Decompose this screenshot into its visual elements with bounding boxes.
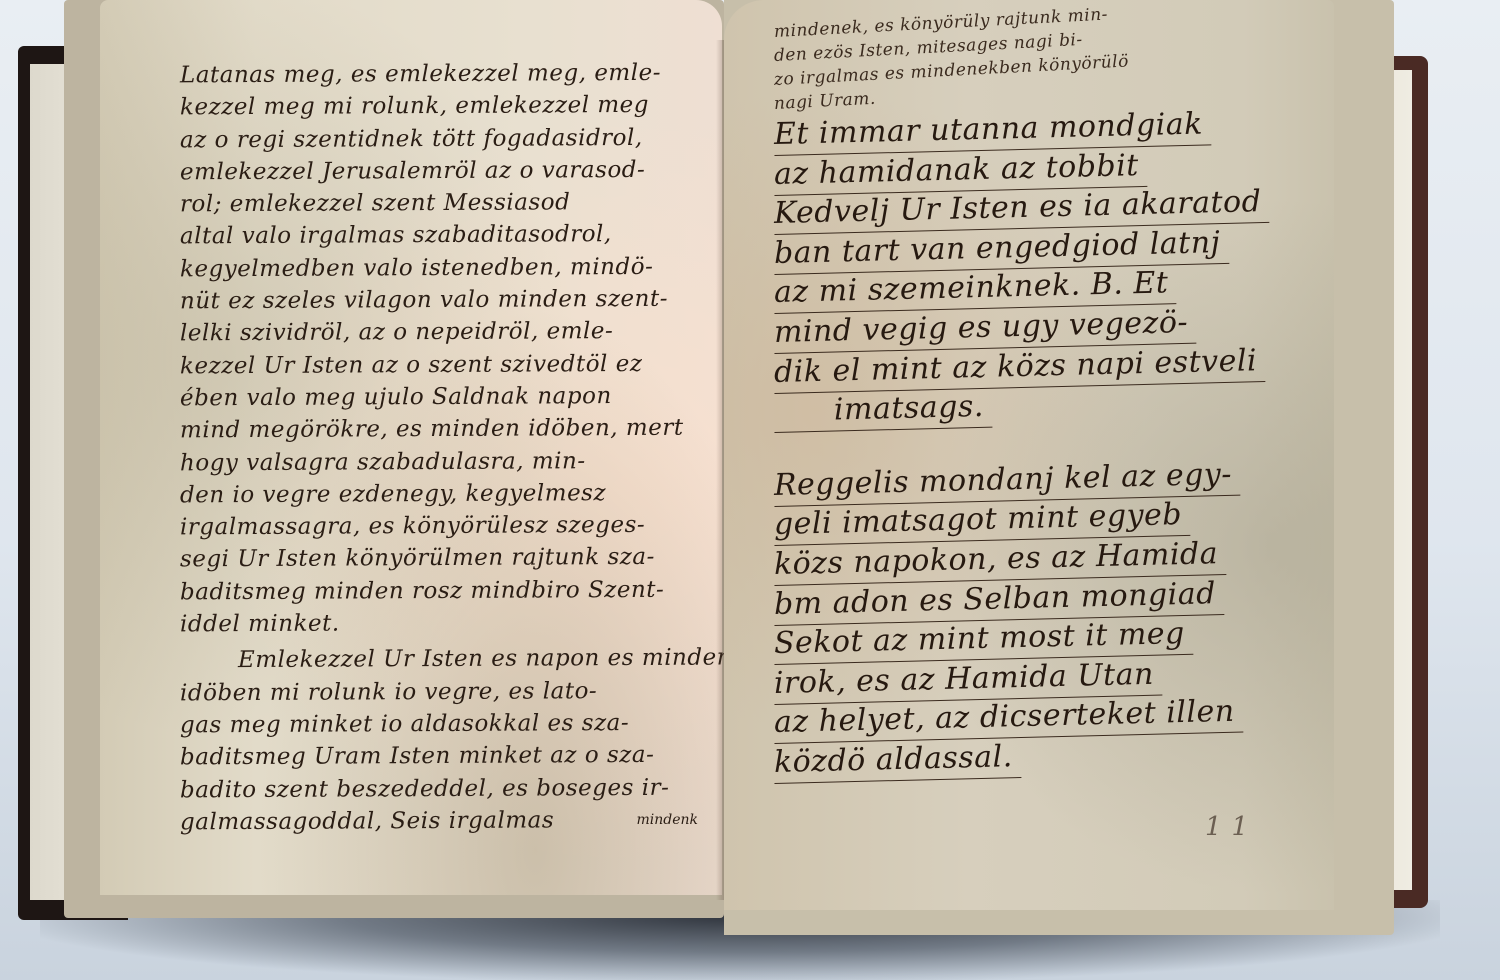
manuscript-line: badito szent beszededdel, es boseges ir- [180,771,702,806]
manuscript-line: irgalmassagra, es könyörülesz szeges- [180,509,702,544]
manuscript-line: idöben mi rolunk io vegre, es lato- [180,674,702,709]
manuscript-line: altal valo irgalmas szabaditasodrol, [180,218,702,253]
left-page: Latanas meg, es emlekezzel meg, emle- ke… [100,0,722,895]
manuscript-line: hogy valsagra szabadulasra, min- [180,444,702,479]
catchword: mindenk [636,812,698,828]
manuscript-line: segi Ur Isten könyörülmen rajtunk sza- [180,541,702,576]
underlined-line: közdö aldassal. [774,738,1022,784]
manuscript-line: lelki szividröl, az o nepeidröl, emle- [180,315,702,350]
underlined-line: imatsags. [774,388,993,433]
manuscript-line: Emlekezzel Ur Isten es napon es minden [180,642,702,677]
manuscript-line: mind megörökre, es minden idöben, mert [180,412,702,447]
manuscript-line: Latanas meg, es emlekezzel meg, emle- [180,57,702,92]
manuscript-line: gas meg minket io aldasokkal es sza- [180,707,702,742]
manuscript-line: den io vegre ezdenegy, kegyelmesz [180,476,702,511]
manuscript-line: nüt ez szeles vilagon valo minden szent- [180,283,702,318]
manuscript-line: ében valo meg ujulo Saldnak napon [180,380,702,415]
manuscript-line: kezzel Ur Isten az o szent szivedtöl ez [180,347,702,382]
manuscript-line: galmassagoddal, Seis irgalmas [180,803,702,838]
folio-number: 11 [1205,812,1258,842]
manuscript-line: baditsmeg minden rosz mindbiro Szent- [180,573,702,608]
manuscript-line: rol; emlekezzel szent Messiasod [180,186,702,221]
right-page: mindenek, es könyörüly rajtunk min- den … [724,0,1334,910]
manuscript-line: emlekezzel Jerusalemröl az o varasod- [180,154,702,189]
manuscript-line: az o regi szentidnek tött fogadasidrol, [180,121,702,156]
manuscript-line: kezzel meg mi rolunk, emlekezzel meg [180,89,702,124]
manuscript-line: baditsmeg Uram Isten minket az o sza- [180,739,702,774]
manuscript-line: kegyelmedben valo istenedben, mindö- [180,250,702,285]
manuscript-line: iddel minket. [180,606,702,641]
